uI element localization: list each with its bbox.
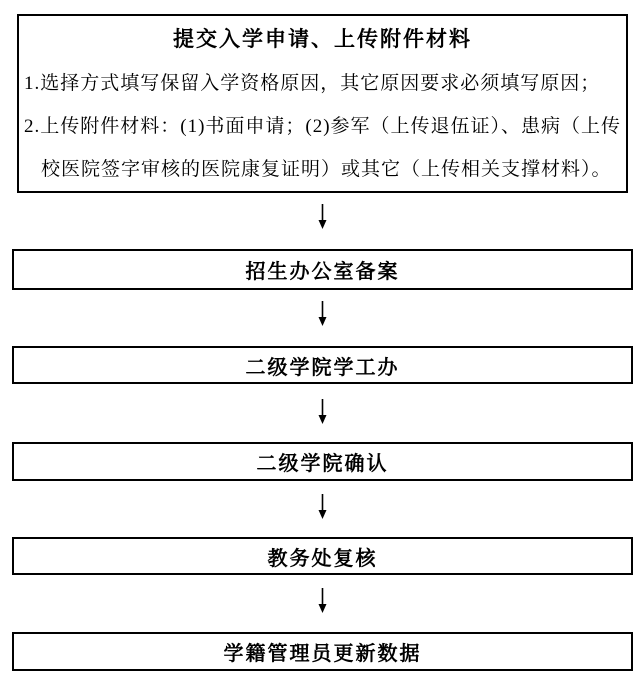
- flow-box-application: 提交入学申请、上传附件材料 1.选择方式填写保留入学资格原因，其它原因要求必须填…: [17, 14, 628, 193]
- down-arrow-icon: [315, 494, 330, 520]
- flow-arrow-3: [315, 399, 330, 425]
- step-label: 学籍管理员更新数据: [224, 637, 422, 666]
- down-arrow-icon: [315, 204, 330, 230]
- step-label: 二级学院确认: [257, 447, 389, 476]
- step-academic-affairs-review: 教务处复核: [12, 537, 633, 575]
- application-instruction-line-2: 2.上传附件材料：(1)书面申请；(2)参军（上传退伍证）、患病（上传: [19, 103, 626, 146]
- flow-arrow-5: [315, 588, 330, 614]
- down-arrow-icon: [315, 399, 330, 425]
- step-admissions-office-record: 招生办公室备案: [12, 249, 633, 290]
- step-label: 二级学院学工办: [246, 351, 400, 380]
- down-arrow-icon: [315, 301, 330, 327]
- application-instruction-line-1: 1.选择方式填写保留入学资格原因，其它原因要求必须填写原因；: [19, 60, 626, 103]
- step-college-confirmation: 二级学院确认: [12, 442, 633, 481]
- flowchart-canvas: 提交入学申请、上传附件材料 1.选择方式填写保留入学资格原因，其它原因要求必须填…: [0, 0, 644, 683]
- step-label: 招生办公室备案: [246, 255, 400, 284]
- step-college-student-affairs-office: 二级学院学工办: [12, 346, 633, 384]
- step-registrar-update-data: 学籍管理员更新数据: [12, 632, 633, 671]
- step-label: 教务处复核: [268, 542, 378, 571]
- application-box-title: 提交入学申请、上传附件材料: [19, 16, 626, 60]
- flow-arrow-4: [315, 494, 330, 520]
- flow-arrow-1: [315, 204, 330, 230]
- down-arrow-icon: [315, 588, 330, 614]
- flow-arrow-2: [315, 301, 330, 327]
- application-instruction-line-3: 校医院签字审核的医院康复证明）或其它（上传相关支撑材料）。: [19, 146, 626, 189]
